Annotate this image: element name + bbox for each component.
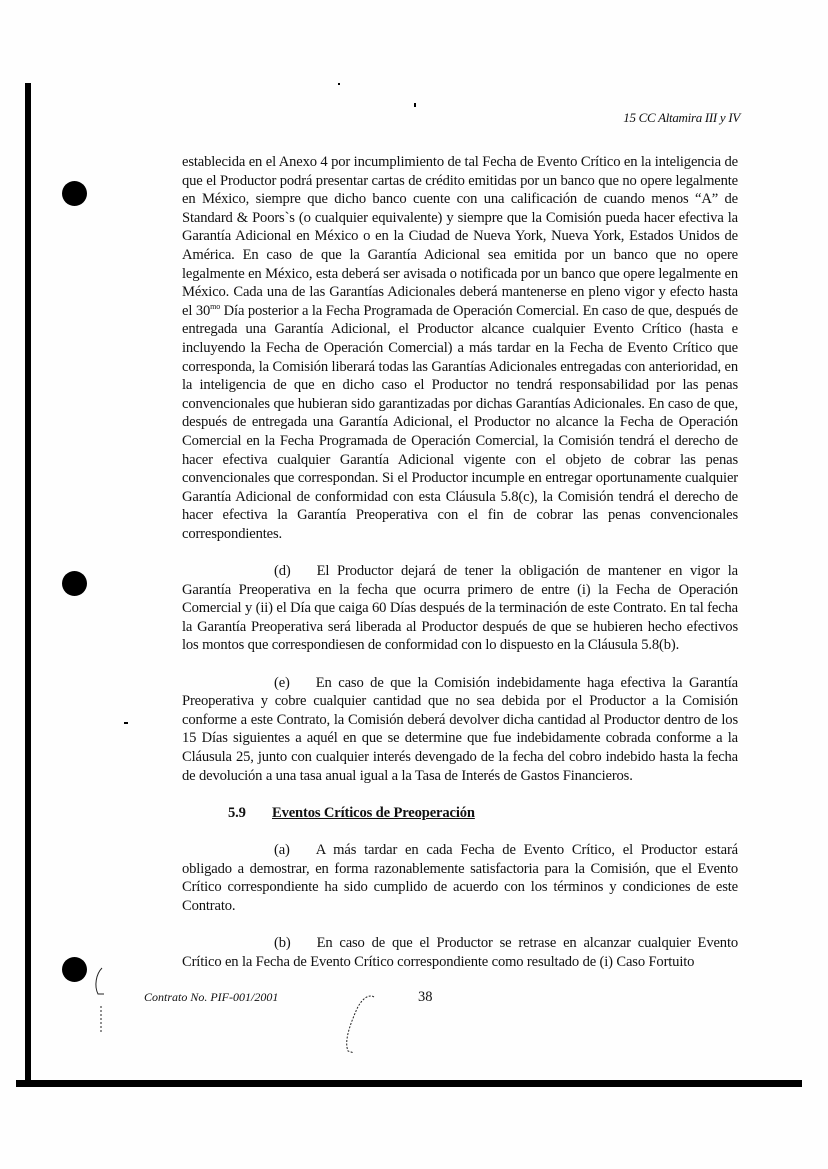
section-number: 5.9	[228, 804, 272, 823]
scan-border-left	[25, 83, 31, 1087]
paragraph-continuation: establecida en el Anexo 4 por incumplimi…	[182, 153, 738, 543]
scan-speck	[124, 722, 128, 724]
margin-handwriting-mark-icon	[90, 960, 110, 1040]
scan-speck	[414, 103, 416, 107]
punch-hole-top	[62, 181, 87, 206]
clause-e-label: (e)	[274, 675, 290, 691]
document-body: establecida en el Anexo 4 por incumplimi…	[182, 153, 738, 971]
clause-d-label: (d)	[274, 563, 291, 579]
ordinal-superscript: mo	[210, 302, 220, 311]
clause-d: (d)El Productor dejará de tener la oblig…	[182, 562, 738, 655]
clause-b: (b)En caso de que el Productor se retras…	[182, 934, 738, 971]
scan-speck	[338, 83, 340, 85]
initials-signature-icon	[340, 995, 380, 1055]
clause-a: (a)A más tardar en cada Fecha de Evento …	[182, 841, 738, 915]
page-number: 38	[418, 989, 433, 1006]
punch-hole-middle	[62, 571, 87, 596]
clause-a-label: (a)	[274, 842, 290, 858]
document-header-reference: 15 CC Altamira III y IV	[623, 110, 740, 126]
clause-a-text: A más tardar en cada Fecha de Evento Crí…	[182, 842, 738, 914]
clause-e-text: En caso de que la Comisión indebidamente…	[182, 675, 738, 784]
section-title: Eventos Críticos de Preoperación	[272, 805, 475, 821]
clause-e: (e)En caso de que la Comisión indebidame…	[182, 674, 738, 786]
section-heading: 5.9Eventos Críticos de Preoperación	[228, 804, 738, 823]
scan-border-bottom	[16, 1080, 802, 1087]
clause-b-label: (b)	[274, 935, 291, 951]
clause-d-text: El Productor dejará de tener la obligaci…	[182, 563, 738, 653]
punch-hole-bottom	[62, 957, 87, 982]
footer-contract-number: Contrato No. PIF-001/2001	[144, 990, 278, 1005]
clause-b-text: En caso de que el Productor se retrase e…	[182, 935, 738, 970]
